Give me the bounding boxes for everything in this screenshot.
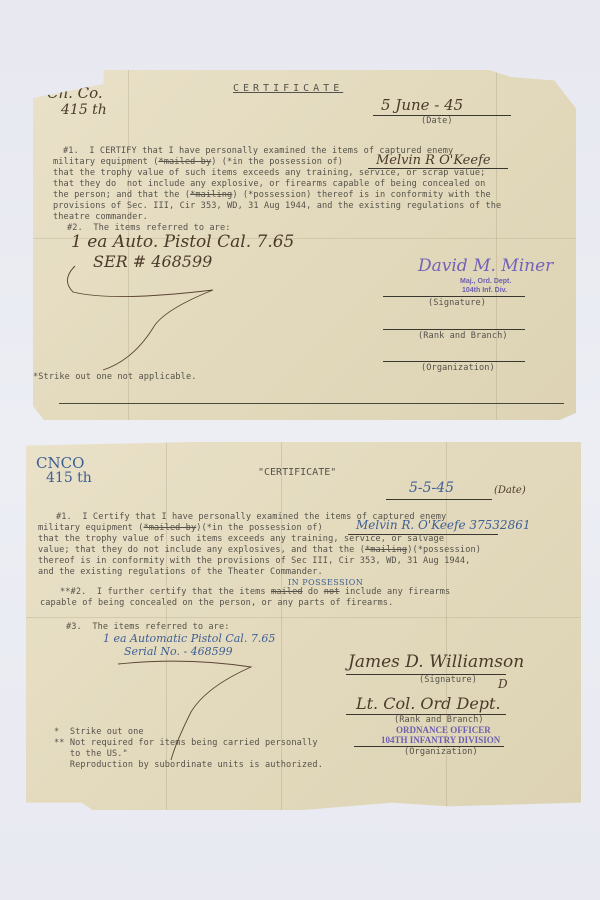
signature-label: (Signature) — [419, 675, 477, 686]
stamp-ordnance-officer: ORDNANCE OFFICER — [396, 725, 491, 735]
stamp-division: 104TH INFANTRY DIVISION — [381, 735, 500, 745]
rank-label: (Rank and Branch) — [418, 331, 508, 342]
signature-label: (Signature) — [428, 298, 486, 309]
signature-initial: D — [498, 677, 508, 691]
footnote-4: Reproduction by subordinate units is aut… — [54, 760, 323, 771]
footnote: *Strike out one not applicable. — [33, 372, 197, 383]
footnote-2: ** Not required for items being carried … — [54, 738, 318, 749]
certificate-document-2: CNCO 415 th "CERTIFICATE" 5-5-45 (Date) … — [26, 442, 581, 810]
organization-label: (Organization) — [421, 363, 495, 374]
footnote-3: to the US." — [54, 749, 128, 760]
rank-handwritten: Lt. Col. Ord Dept. — [356, 694, 501, 713]
stamp-rank: Maj., Ord. Dept. — [460, 278, 511, 285]
stamp-unit: 104th Inf. Div. — [462, 287, 507, 294]
footnote-1: * Strike out one — [54, 727, 144, 738]
organization-label: (Organization) — [404, 747, 478, 758]
signature-james-williamson: James D. Williamson — [348, 652, 524, 672]
certificate-document-1: Cn. Co. 415 th CERTIFICATE 5 June - 45 (… — [33, 70, 576, 420]
signature-david-miner: David M. Miner — [418, 256, 553, 276]
